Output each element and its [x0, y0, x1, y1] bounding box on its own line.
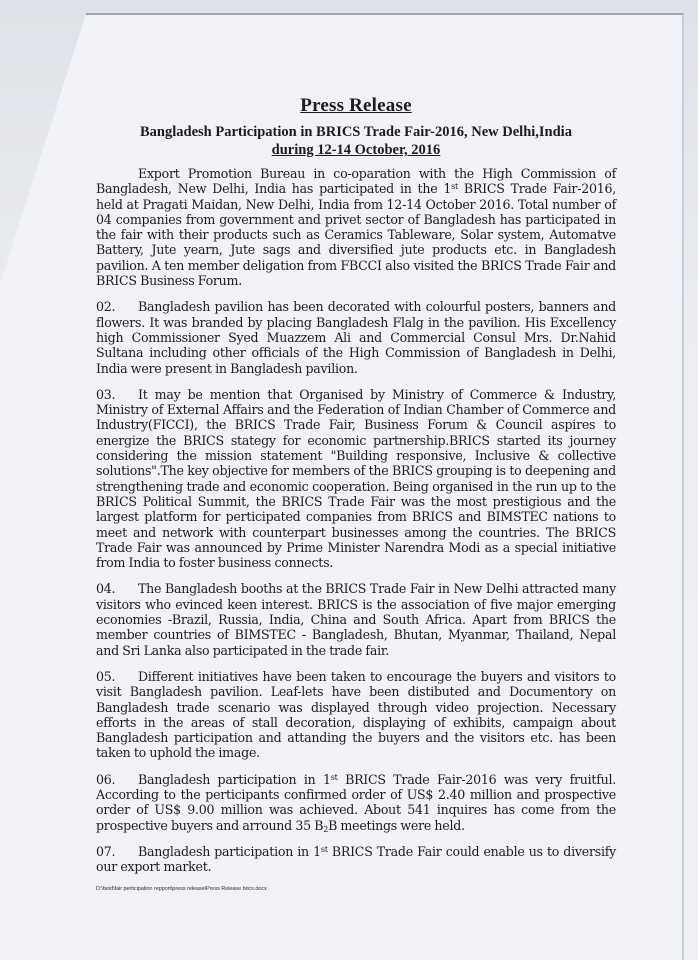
subtitle: Bangladesh Participation in BRICS Trade …: [86, 123, 626, 159]
paragraph-number: 05.: [96, 669, 138, 684]
page-right-edge: [682, 14, 684, 960]
paragraph-01: Export Promotion Bureau in co-oparation …: [96, 166, 616, 288]
subtitle-line-1: Bangladesh Participation in BRICS Trade …: [140, 124, 572, 140]
paragraph-07: 07.Bangladesh participation in 1st BRICS…: [96, 844, 616, 875]
paragraph-04: 04.The Bangladesh booths at the BRICS Tr…: [96, 581, 616, 657]
paragraph-number: 03.: [96, 387, 138, 402]
paragraph-number: 04.: [96, 581, 138, 596]
page-top-edge: [86, 13, 684, 15]
paragraph-05: 05.Different initiatives have been taken…: [96, 669, 616, 761]
paragraph-02: 02.Bangladesh pavilion has been decorate…: [96, 299, 616, 375]
paragraph-number: 06.: [96, 772, 138, 787]
paragraph-number: 02.: [96, 299, 138, 314]
press-release-content: Press Release Bangladesh Participation i…: [96, 95, 616, 892]
paragraph-03: 03.It may be mention that Organised by M…: [96, 387, 616, 571]
paragraph-06: 06.Bangladesh participation in 1st BRICS…: [96, 772, 616, 833]
page-title: Press Release: [96, 95, 616, 117]
subtitle-dates: during 12-14 October, 2016: [272, 142, 441, 158]
paragraph-number: 07.: [96, 844, 138, 859]
file-path-footer: D:\farid\fair perticipation repport\pres…: [96, 886, 616, 892]
